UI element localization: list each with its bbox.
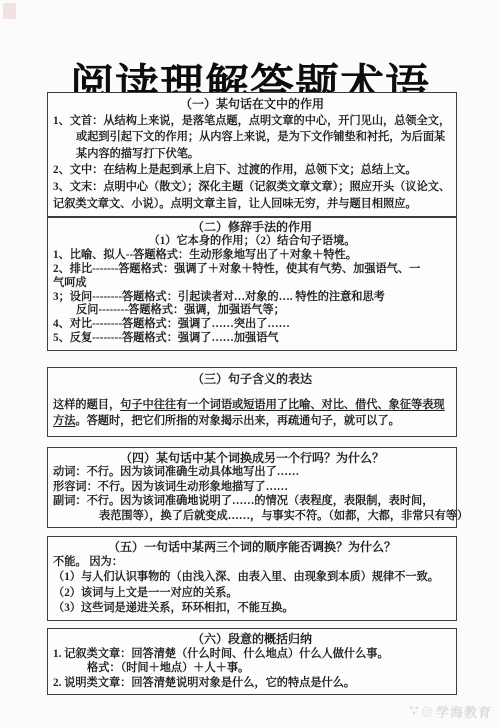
section-body: 这样的题目，句子中往往有一个词语或短语用了比喻、对比、借代、象征等表现方法。答题… [53,397,451,432]
text-line: 或起到引起下文的作用；从内容上来说，是为下文作铺垫和衬托，为后面某 [53,129,451,146]
text-line: 2、文中：在结构上是起到承上启下、过渡的作用，总领下文；总结上文。 [53,162,451,179]
text-line: 形容词：不行。因为该词生动形象地描写了…… [53,480,451,494]
section-body: 不能。 因为：（1）与人们认识事物的（由浅入深、由表入里、由现象到本质）规律不一… [53,555,451,616]
section-box: （一）某句话在文中的作用 1、文首：从结构上来说，是落笔点题，点明文章的中心，开… [47,92,457,217]
section-body: （1）它本身的作用；（2）结合句子语境。1、比喻、拟人--答题格式：生动形象地写… [53,235,451,346]
text-line: 3；设问--------答题格式：引起读者对…对象的…. 特性的注意和思考 [53,291,451,305]
text-line: （3）这些词是递进关系，环环相扣，不能互换。 [53,601,451,616]
text-line: 反问--------答题格式：强调，加强语气等； [53,304,451,318]
section-box: （四）某句话中某个词换成另一个行吗？为什么？ 动词：不行。因为该词准确生动具体地… [47,447,457,528]
section-body: 动词：不行。因为该词准确生动具体地写出了……形容词：不行。因为该词生动形象地描写… [53,465,451,523]
section-title: （六）段意的概括归纳 [53,632,451,647]
watermark: ∵ ◎ 学海教育 [410,702,492,721]
section-title: （四）某句话中某个词换成另一个行吗？为什么？ [53,451,451,465]
document-page: 阅读理解答题术语 （一）某句话在文中的作用 1、文首：从结构上来说，是落笔点题，… [0,0,500,727]
section-title: （一）某句话在文中的作用 [53,96,451,113]
text-line: 表范围等），换了后就变成……，与事实不符。（如都，大都，非常只有等） [53,509,451,523]
text-line: 1、文首：从结构上来说，是落笔点题，点明文章的中心，开门见山，总领全文， [53,113,451,130]
section-title: （五）一句话中某两三个词的顺序能否调换？为什么？ [53,540,451,555]
text-line: 某内容的描写打下伏笔。 [53,146,451,163]
text-line: 2. 说明类文章：回答清楚说明对象是什么，它的特点是什么。 [53,676,451,691]
text-line: 不能。 因为： [53,555,451,570]
section-body: 1、文首：从结构上来说，是落笔点题，点明文章的中心，开门见山，总领全文，或起到引… [53,113,451,213]
text-line: （1）它本身的作用；（2）结合句子语境。 [53,235,451,249]
text-line: 副词：不行。因为该词准确地说明了……的情况（表程度，表限制，表时间， [53,494,451,508]
text-line: 这样的题目，句子中往往有一个词语或短语用了比喻、对比、借代、象征等表现方法。答题… [53,397,451,429]
text-line: 4、对比--------答题格式：强调了……突出了…… [53,318,451,332]
section-title: （二）修辞手法的作用 [53,221,451,235]
logo-circle-icon: ◎ [422,704,434,719]
section-box: （六）段意的概括归纳 1. 记叙类文章：回答清楚（什么时间、什么地点）什么人做什… [47,628,457,695]
text-line: 记叙类文章文、小说）。点明文章主旨，让人回味无穷，并与题目相照应。 [53,196,451,213]
section-body: 1. 记叙类文章：回答清楚（什么时间、什么地点）什么人做什么事。格式：（时间＋地… [53,647,451,691]
corner-stamp [3,3,16,19]
text-line: 5、反复--------答题格式：强调了……加强语气 [53,332,451,346]
text-line: 格式：（时间＋地点）＋人＋事。 [53,661,451,676]
watermark-text: 学海教育 [436,702,492,721]
text-line: 1、比喻、拟人--答题格式：生动形象地写出了＋对象＋特性。 [53,249,451,263]
section-box: （五）一句话中某两三个词的顺序能否调换？为什么？ 不能。 因为：（1）与人们认识… [47,536,457,621]
section-box: （三）句子含义的表达 这样的题目，句子中往往有一个词语或短语用了比喻、对比、借代… [47,367,457,437]
text-line: （1）与人们认识事物的（由浅入深、由表入里、由现象到本质）规律不一致。 [53,570,451,585]
text-line: 气呵成 [53,277,451,291]
text-line: （2）该词与上文是一一对应的关系。 [53,586,451,601]
section-box: （二）修辞手法的作用 （1）它本身的作用；（2）结合句子语境。1、比喻、拟人--… [47,217,457,351]
text-line: 动词：不行。因为该词准确生动具体地写出了…… [53,465,451,479]
text-line: 3、文末：点明中心（散文）；深化主题（记叙类文章文章）；照应开头（议论文、 [53,179,451,196]
text-line: 1. 记叙类文章：回答清楚（什么时间、什么地点）什么人做什么事。 [53,647,451,662]
section-title: （三）句子含义的表达 [53,371,451,387]
paw-icon: ∵ [410,704,420,719]
text-line: 2、排比-------答题格式：强调了＋对象＋特性，使其有气势、加强语气、一 [53,263,451,277]
